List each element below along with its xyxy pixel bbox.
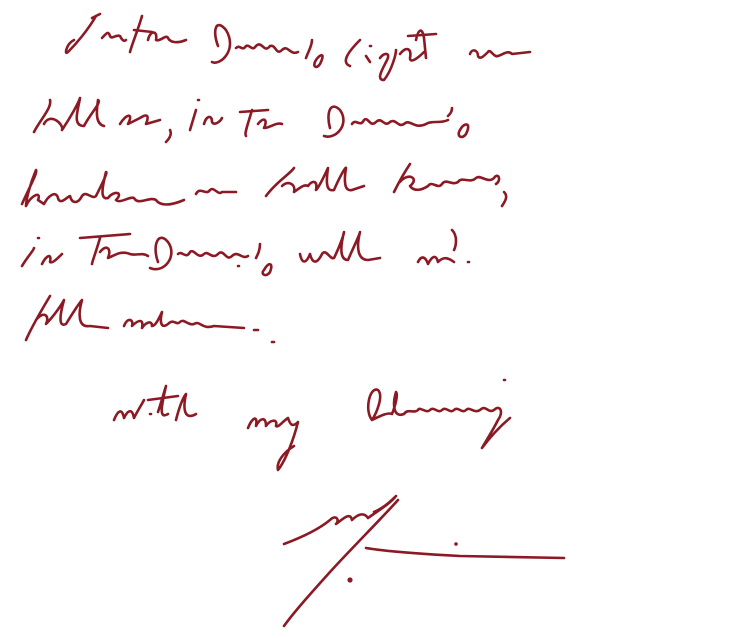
- stroke-line-5: [26, 296, 274, 342]
- handwriting-strokes: [0, 0, 739, 638]
- stroke-line-1: [66, 14, 530, 80]
- handwritten-note: In the Divine's light we shall see, in t…: [0, 0, 739, 638]
- stroke-line-3: [22, 164, 506, 206]
- stroke-line-4: [22, 230, 469, 275]
- stroke-signature: [284, 496, 564, 626]
- stroke-closing: [114, 380, 510, 470]
- stroke-line-2: [34, 98, 468, 142]
